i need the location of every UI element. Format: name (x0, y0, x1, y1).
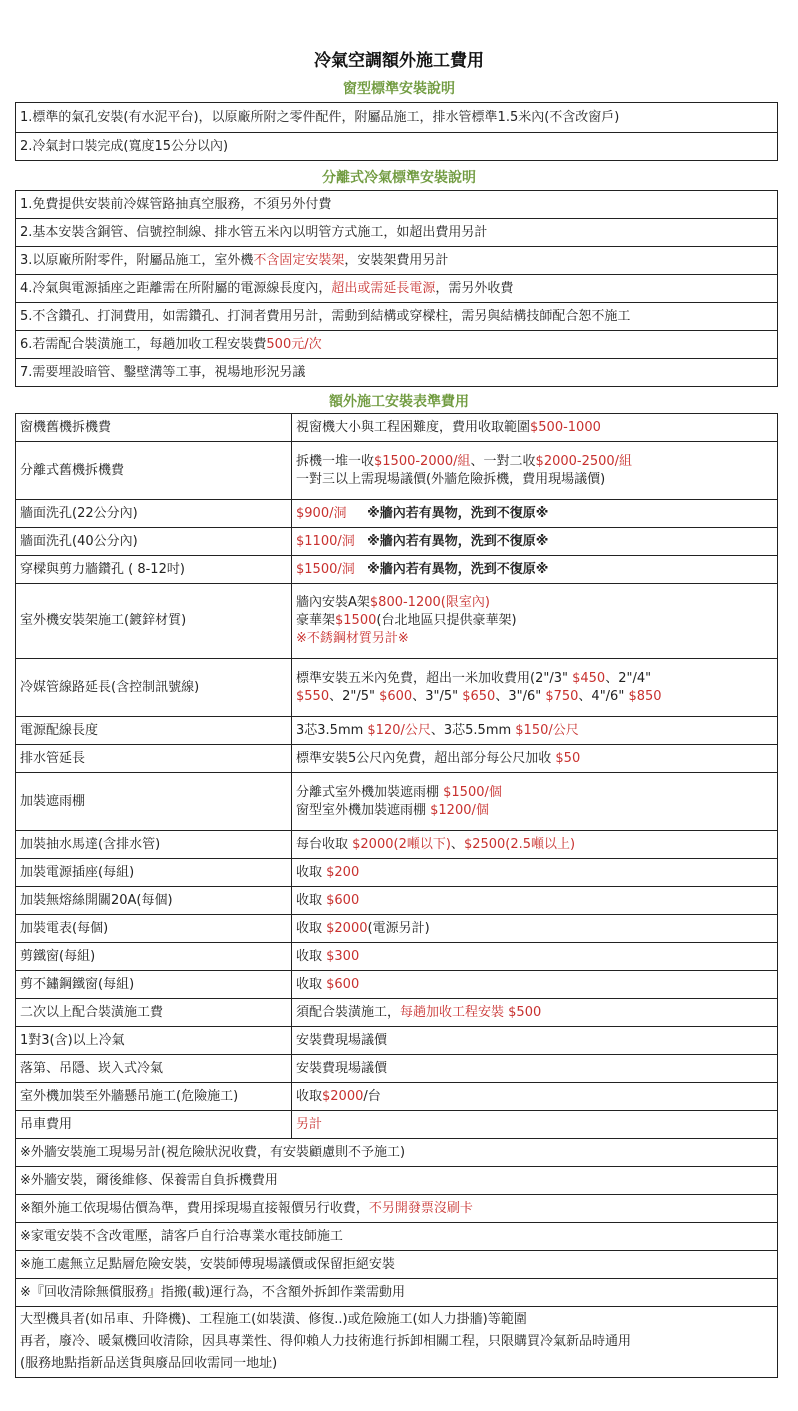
final-note-line: 大型機具者(如吊車、升降機)、工程施工(如裝潢、修復..)或危險施工(如人力掛牆… (20, 1309, 773, 1331)
price-line: 標準安裝5公尺內免費，超出部分每公尺加收 $50 (296, 750, 773, 768)
price-text (346, 506, 367, 521)
fee-item-name: 吊車費用 (16, 1111, 292, 1139)
split-install-table: 1.免費提供安裝前冷媒管路抽真空服務，不須另外付費2.基本安裝含銅管、信號控制線… (15, 190, 778, 387)
fee-item-price: 另計 (292, 1111, 778, 1139)
item-text: 2.基本安裝含銅管、信號控制線、排水管五米內以明管方式施工，如超出費用另計 (20, 225, 487, 240)
fee-item-price: 牆內安裝A架$800-1200(限室內)豪華架$1500(台北地區只提供豪華架)… (292, 584, 778, 659)
fee-row: 室外機安裝架施工(鍍鋅材質)牆內安裝A架$800-1200(限室內)豪華架$15… (16, 584, 778, 659)
note-text: ※外牆安裝施工現場另計(視危險狀況收費，有安裝顧慮則不予施工) (16, 1139, 778, 1167)
price-value: $500-1000 (530, 420, 601, 435)
price-line: 收取$2000/台 (296, 1088, 773, 1106)
fee-row: 牆面洗孔(22公分內)$900/洞 ※牆內若有異物，洗到不復原※ (16, 500, 778, 528)
note-row: ※『回收清除無償服務』指搬(載)運行為，不含額外拆卸作業需動用 (16, 1279, 778, 1307)
fee-item-name: 穿樑與剪力牆鑽孔 ( 8-12吋) (16, 556, 292, 584)
fee-row: 窗機舊機拆機費視窗機大小與工程困難度，費用收取範圍$500-1000 (16, 414, 778, 442)
fee-item-price: 標準安裝5公尺內免費，超出部分每公尺加收 $50 (292, 745, 778, 773)
page-title: 冷氣空調額外施工費用 (0, 46, 798, 71)
fee-row: 冷媒管線路延長(含控制訊號線)標準安裝五米內免費，超出一米加收費用(2"/3" … (16, 659, 778, 717)
price-text: 3芯3.5mm (296, 723, 367, 738)
fee-item-price: 收取$2000/台 (292, 1083, 778, 1111)
price-text: 、2"/5" (329, 689, 379, 704)
fee-row: 排水管延長標準安裝5公尺內免費，超出部分每公尺加收 $50 (16, 745, 778, 773)
note-row: ※家電安裝不含改電壓，請客戶自行洽專業水電技師施工 (16, 1223, 778, 1251)
price-line: 收取 $600 (296, 892, 773, 910)
fee-item-price: 須配合裝潢施工，每趟加收工程安裝 $500 (292, 999, 778, 1027)
price-value: $850 (628, 689, 661, 704)
item-text: 5.不含鑽孔、打洞費用，如需鑽孔、打洞者費用另計，需動到結構或穿樑柱，需另與結構… (20, 309, 630, 324)
price-text: 分離式室外機加裝遮雨棚 (296, 785, 443, 800)
fee-item-price: $1100/洞 ※牆內若有異物，洗到不復原※ (292, 528, 778, 556)
fee-item-name: 排水管延長 (16, 745, 292, 773)
fee-item-name: 1對3(含)以上冷氣 (16, 1027, 292, 1055)
split-item-row: 3.以原廠所附零件，附屬品施工，室外機不含固定安裝架，安裝架費用另計 (16, 247, 778, 275)
split-item-row: 5.不含鑽孔、打洞費用，如需鑽孔、打洞者費用另計，需動到結構或穿樑柱，需另與結構… (16, 303, 778, 331)
price-value: ※不銹鋼材質另計※ (296, 631, 409, 646)
price-line: 標準安裝五米內免費，超出一米加收費用(2"/3" $450、2"/4" (296, 670, 773, 688)
note-text-segment: ※家電安裝不含改電壓，請客戶自行洽專業水電技師施工 (20, 1229, 343, 1244)
fee-row: 加裝抽水馬達(含排水管)每台收取 $2000(2噸以下)、$2500(2.5噸以… (16, 831, 778, 859)
price-text: 、2"/4" (605, 671, 651, 686)
price-line: 3芯3.5mm $120/公尺、3芯5.5mm $150/公尺 (296, 722, 773, 740)
fee-item-price: 每台收取 $2000(2噸以下)、$2500(2.5噸以上) (292, 831, 778, 859)
price-line: $900/洞 ※牆內若有異物，洗到不復原※ (296, 505, 773, 523)
price-line: 牆內安裝A架$800-1200(限室內) (296, 594, 773, 612)
price-value: $1100/洞 (296, 534, 355, 549)
price-text: /台 (363, 1089, 380, 1104)
price-value: 每趟加收工程安裝 $500 (400, 1005, 541, 1020)
split-item-row: 4.冷氣與電源插座之距離需在所附屬的電源線長度內，超出或需延長電源，需另外收費 (16, 275, 778, 303)
note-text: ※額外施工依現場估價為準，費用採現場直接報價另行收費，不另開發票沒刷卡 (16, 1195, 778, 1223)
fee-item-price: 收取 $600 (292, 971, 778, 999)
fee-item-price: 3芯3.5mm $120/公尺、3芯5.5mm $150/公尺 (292, 717, 778, 745)
price-text: 安裝費現場議價 (296, 1061, 387, 1076)
price-value: $150/公尺 (515, 723, 578, 738)
split-item-row: 7.需要埋設暗管、鑿壁溝等工事，視場地形況另議 (16, 359, 778, 387)
price-line: 拆機一堆一收$1500-2000/組、一對二收$2000-2500/組 (296, 453, 773, 471)
note-row: ※外牆安裝施工現場另計(視危險狀況收費，有安裝顧慮則不予施工) (16, 1139, 778, 1167)
final-note-row: 大型機具者(如吊車、升降機)、工程施工(如裝潢、修復..)或危險施工(如人力掛牆… (16, 1307, 778, 1378)
split-item-row: 6.若需配合裝潢施工，每趟加收工程安裝費500元/次 (16, 331, 778, 359)
price-text: ※牆內若有異物，洗到不復原※ (367, 562, 548, 577)
price-text: 標準安裝五米內免費，超出一米加收費用(2"/3" (296, 671, 572, 686)
fee-row: 剪不鏽鋼鐵窗(每組)收取 $600 (16, 971, 778, 999)
price-text: 一對三以上需現場議價(外牆危險拆機，費用現場議價) (296, 472, 605, 487)
note-row: ※施工處無立足點層危險安裝，安裝師傅現場議價或保留拒絕安裝 (16, 1251, 778, 1279)
highlight-text: 超出或需延長電源 (331, 281, 435, 296)
final-note: 大型機具者(如吊車、升降機)、工程施工(如裝潢、修復..)或危險施工(如人力掛牆… (16, 1307, 778, 1378)
price-text (355, 534, 367, 549)
price-text: 每台收取 (296, 837, 352, 852)
fee-item-name: 加裝遮雨棚 (16, 773, 292, 831)
price-line: 收取 $2000(電源另計) (296, 920, 773, 938)
price-text: (台北地區只提供豪華架) (376, 613, 516, 628)
price-value: $900/洞 (296, 506, 346, 521)
price-text: 收取 (296, 1089, 322, 1104)
price-value: $2000 (322, 1089, 363, 1104)
price-text: 收取 (296, 865, 326, 880)
split-item-1: 1.免費提供安裝前冷媒管路抽真空服務，不須另外付費 (16, 191, 778, 219)
window-section-heading: 窗型標準安裝說明 (0, 78, 798, 98)
fee-item-name: 室外機加裝至外牆懸吊施工(危險施工) (16, 1083, 292, 1111)
price-text: ※牆內若有異物，洗到不復原※ (367, 534, 548, 549)
fee-item-price: 收取 $2000(電源另計) (292, 915, 778, 943)
item-text: ，需另外收費 (435, 281, 513, 296)
price-value: $550 (296, 689, 329, 704)
price-text: 收取 (296, 893, 326, 908)
item-text: 7.需要埋設暗管、鑿壁溝等工事，視場地形況另議 (20, 365, 305, 380)
price-value: $2000 (326, 921, 367, 936)
note-text-segment: ※外牆安裝施工現場另計(視危險狀況收費，有安裝顧慮則不予施工) (20, 1145, 405, 1160)
price-value: $1500/個 (443, 785, 502, 800)
item-text: 6.若需配合裝潢施工，每趟加收工程安裝費 (20, 337, 266, 352)
window-item-2: 2.冷氣封口裝完成(寬度15公分以內) (16, 133, 778, 161)
fee-item-price: 安裝費現場議價 (292, 1055, 778, 1083)
price-value: 另計 (296, 1117, 322, 1132)
fee-row: 牆面洗孔(40公分內)$1100/洞 ※牆內若有異物，洗到不復原※ (16, 528, 778, 556)
price-text: 豪華架 (296, 613, 335, 628)
note-text: ※外牆安裝，爾後維修、保養需自負拆機費用 (16, 1167, 778, 1195)
price-line: 收取 $600 (296, 976, 773, 994)
price-value: $1500-2000/組 (374, 454, 471, 469)
price-text: 收取 (296, 977, 326, 992)
split-item-2: 2.基本安裝含銅管、信號控制線、排水管五米內以明管方式施工，如超出費用另計 (16, 219, 778, 247)
fee-item-name: 電源配線長度 (16, 717, 292, 745)
fee-row: 加裝遮雨棚分離式室外機加裝遮雨棚 $1500/個窗型室外機加裝遮雨棚 $1200… (16, 773, 778, 831)
fee-item-name: 二次以上配合裝潢施工費 (16, 999, 292, 1027)
fee-item-name: 剪鐵窗(每組) (16, 943, 292, 971)
item-text: ，安裝架費用另計 (344, 253, 448, 268)
price-line: 另計 (296, 1116, 773, 1134)
fee-row: 電源配線長度3芯3.5mm $120/公尺、3芯5.5mm $150/公尺 (16, 717, 778, 745)
price-value: $1200/個 (430, 803, 489, 818)
price-text: 、3"/6" (495, 689, 545, 704)
note-text-segment: ※施工處無立足點層危險安裝，安裝師傅現場議價或保留拒絕安裝 (20, 1257, 395, 1272)
item-text: 1.免費提供安裝前冷媒管路抽真空服務，不須另外付費 (20, 197, 331, 212)
price-value: $120/公尺 (367, 723, 430, 738)
split-section-heading: 分離式冷氣標準安裝說明 (0, 167, 798, 187)
fee-row: 1對3(含)以上冷氣安裝費現場議價 (16, 1027, 778, 1055)
price-text: (電源另計) (368, 921, 430, 936)
note-text-segment: ※額外施工依現場估價為準，費用採現場直接報價另行收費， (20, 1201, 369, 1216)
fee-item-name: 加裝無熔絲開關20A(每個) (16, 887, 292, 915)
fee-row: 室外機加裝至外牆懸吊施工(危險施工)收取$2000/台 (16, 1083, 778, 1111)
highlight-text: 500元/次 (266, 337, 321, 352)
price-text: 視窗機大小與工程困難度，費用收取範圍 (296, 420, 530, 435)
fee-row: 加裝電表(每個)收取 $2000(電源另計) (16, 915, 778, 943)
price-value: $50 (555, 751, 580, 766)
note-row: ※額外施工依現場估價為準，費用採現場直接報價另行收費，不另開發票沒刷卡 (16, 1195, 778, 1223)
fee-item-price: 視窗機大小與工程困難度，費用收取範圍$500-1000 (292, 414, 778, 442)
price-value: $2500(2.5噸以上) (464, 837, 575, 852)
price-value: $2000-2500/組 (536, 454, 633, 469)
price-text: 收取 (296, 921, 326, 936)
note-text: ※施工處無立足點層危險安裝，安裝師傅現場議價或保留拒絕安裝 (16, 1251, 778, 1279)
price-value: $450 (572, 671, 605, 686)
item-text: 3.以原廠所附零件，附屬品施工，室外機 (20, 253, 253, 268)
fee-item-price: 標準安裝五米內免費，超出一米加收費用(2"/3" $450、2"/4"$550、… (292, 659, 778, 717)
note-text: ※家電安裝不含改電壓，請客戶自行洽專業水電技師施工 (16, 1223, 778, 1251)
fee-row: 剪鐵窗(每組)收取 $300 (16, 943, 778, 971)
fee-item-price: 收取 $600 (292, 887, 778, 915)
price-text: ※牆內若有異物，洗到不復原※ (367, 506, 548, 521)
price-line: 安裝費現場議價 (296, 1060, 773, 1078)
price-value: $800-1200(限室內) (370, 595, 490, 610)
fee-item-name: 牆面洗孔(40公分內) (16, 528, 292, 556)
price-text: 標準安裝5公尺內免費，超出部分每公尺加收 (296, 751, 555, 766)
price-line: $1100/洞 ※牆內若有異物，洗到不復原※ (296, 533, 773, 551)
fee-row: 分離式舊機拆機費拆機一堆一收$1500-2000/組、一對二收$2000-250… (16, 442, 778, 500)
fee-item-name: 分離式舊機拆機費 (16, 442, 292, 500)
fee-item-price: 收取 $300 (292, 943, 778, 971)
fee-item-name: 室外機安裝架施工(鍍鋅材質) (16, 584, 292, 659)
split-item-7: 7.需要埋設暗管、鑿壁溝等工事，視場地形況另議 (16, 359, 778, 387)
split-item-5: 5.不含鑽孔、打洞費用，如需鑽孔、打洞者費用另計，需動到結構或穿樑柱，需另與結構… (16, 303, 778, 331)
fee-item-price: 安裝費現場議價 (292, 1027, 778, 1055)
price-text: 、3"/5" (412, 689, 462, 704)
note-text-segment: ※外牆安裝，爾後維修、保養需自負拆機費用 (20, 1173, 278, 1188)
price-text (355, 562, 367, 577)
split-item-4: 4.冷氣與電源插座之距離需在所附屬的電源線長度內，超出或需延長電源，需另外收費 (16, 275, 778, 303)
price-line: ※不銹鋼材質另計※ (296, 630, 773, 648)
fee-item-price: 收取 $200 (292, 859, 778, 887)
fee-item-name: 窗機舊機拆機費 (16, 414, 292, 442)
window-install-table: 1.標準的氣孔安裝(有水泥平台)，以原廠所附之零件配件，附屬品施工，排水管標準1… (15, 102, 778, 161)
price-line: 窗型室外機加裝遮雨棚 $1200/個 (296, 802, 773, 820)
price-value: $1500/洞 (296, 562, 355, 577)
note-row: ※外牆安裝，爾後維修、保養需自負拆機費用 (16, 1167, 778, 1195)
fee-row: 加裝無熔絲開關20A(每個)收取 $600 (16, 887, 778, 915)
note-highlight: 不另開發票沒刷卡 (369, 1201, 473, 1216)
fee-item-name: 剪不鏽鋼鐵窗(每組) (16, 971, 292, 999)
price-text: 、 (451, 837, 464, 852)
price-value: $200 (326, 865, 359, 880)
window-item-1: 1.標準的氣孔安裝(有水泥平台)，以原廠所附之零件配件，附屬品施工，排水管標準1… (16, 103, 778, 133)
fee-item-name: 加裝抽水馬達(含排水管) (16, 831, 292, 859)
price-line: 安裝費現場議價 (296, 1032, 773, 1050)
split-item-row: 2.基本安裝含銅管、信號控制線、排水管五米內以明管方式施工，如超出費用另計 (16, 219, 778, 247)
price-line: 視窗機大小與工程困難度，費用收取範圍$500-1000 (296, 419, 773, 437)
price-line: 須配合裝潢施工，每趟加收工程安裝 $500 (296, 1004, 773, 1022)
fee-row: 二次以上配合裝潢施工費須配合裝潢施工，每趟加收工程安裝 $500 (16, 999, 778, 1027)
price-text: 收取 (296, 949, 326, 964)
split-item-6: 6.若需配合裝潢施工，每趟加收工程安裝費500元/次 (16, 331, 778, 359)
price-text: 牆內安裝A架 (296, 595, 370, 610)
fee-section-heading: 額外施工安裝表準費用 (0, 391, 798, 411)
price-text: 、4"/6" (578, 689, 628, 704)
final-note-line: 再者，廢冷、暖氣機回收清除，因具專業性、得仰賴人力技術進行拆卸相關工程，只限購買… (20, 1331, 773, 1353)
price-value: $2000(2噸以下) (352, 837, 451, 852)
highlight-text: 不含固定安裝架 (253, 253, 344, 268)
price-value: $600 (326, 893, 359, 908)
price-value: $300 (326, 949, 359, 964)
price-line: $1500/洞 ※牆內若有異物，洗到不復原※ (296, 561, 773, 579)
fee-item-price: $1500/洞 ※牆內若有異物，洗到不復原※ (292, 556, 778, 584)
fee-row: 穿樑與剪力牆鑽孔 ( 8-12吋)$1500/洞 ※牆內若有異物，洗到不復原※ (16, 556, 778, 584)
price-text: 安裝費現場議價 (296, 1033, 387, 1048)
fee-row: 吊車費用另計 (16, 1111, 778, 1139)
price-line: 分離式室外機加裝遮雨棚 $1500/個 (296, 784, 773, 802)
price-value: $650 (462, 689, 495, 704)
price-value: $600 (379, 689, 412, 704)
split-item-row: 1.免費提供安裝前冷媒管路抽真空服務，不須另外付費 (16, 191, 778, 219)
price-text: 拆機一堆一收 (296, 454, 374, 469)
price-line: 收取 $300 (296, 948, 773, 966)
price-text: 窗型室外機加裝遮雨棚 (296, 803, 430, 818)
fee-item-price: 分離式室外機加裝遮雨棚 $1500/個窗型室外機加裝遮雨棚 $1200/個 (292, 773, 778, 831)
price-line: 收取 $200 (296, 864, 773, 882)
item-text: 4.冷氣與電源插座之距離需在所附屬的電源線長度內， (20, 281, 331, 296)
price-value: $750 (545, 689, 578, 704)
split-item-3: 3.以原廠所附零件，附屬品施工，室外機不含固定安裝架，安裝架費用另計 (16, 247, 778, 275)
fee-item-name: 加裝電源插座(每組) (16, 859, 292, 887)
price-text: 、3芯5.5mm (431, 723, 515, 738)
fee-item-name: 加裝電表(每個) (16, 915, 292, 943)
note-text-segment: ※『回收清除無償服務』指搬(載)運行為，不含額外拆卸作業需動用 (20, 1285, 405, 1300)
fee-item-name: 牆面洗孔(22公分內) (16, 500, 292, 528)
fee-item-price: 拆機一堆一收$1500-2000/組、一對二收$2000-2500/組一對三以上… (292, 442, 778, 500)
price-value: $600 (326, 977, 359, 992)
note-text: ※『回收清除無償服務』指搬(載)運行為，不含額外拆卸作業需動用 (16, 1279, 778, 1307)
price-text: 須配合裝潢施工， (296, 1005, 400, 1020)
price-text: 、一對二收 (471, 454, 536, 469)
fee-item-price: $900/洞 ※牆內若有異物，洗到不復原※ (292, 500, 778, 528)
price-line: 豪華架$1500(台北地區只提供豪華架) (296, 612, 773, 630)
fee-item-name: 冷媒管線路延長(含控制訊號線) (16, 659, 292, 717)
fee-row: 加裝電源插座(每組)收取 $200 (16, 859, 778, 887)
fee-item-name: 落第、吊隱、崁入式冷氣 (16, 1055, 292, 1083)
final-note-line: (服務地點指新品送貨與廢品回收需同一地址) (20, 1353, 773, 1375)
fee-table: 窗機舊機拆機費視窗機大小與工程困難度，費用收取範圍$500-1000分離式舊機拆… (15, 413, 778, 1378)
price-line: 每台收取 $2000(2噸以下)、$2500(2.5噸以上) (296, 836, 773, 854)
price-line: 一對三以上需現場議價(外牆危險拆機，費用現場議價) (296, 471, 773, 489)
price-line: $550、2"/5" $600、3"/5" $650、3"/6" $750、4"… (296, 688, 773, 706)
fee-row: 落第、吊隱、崁入式冷氣安裝費現場議價 (16, 1055, 778, 1083)
price-value: $1500 (335, 613, 376, 628)
